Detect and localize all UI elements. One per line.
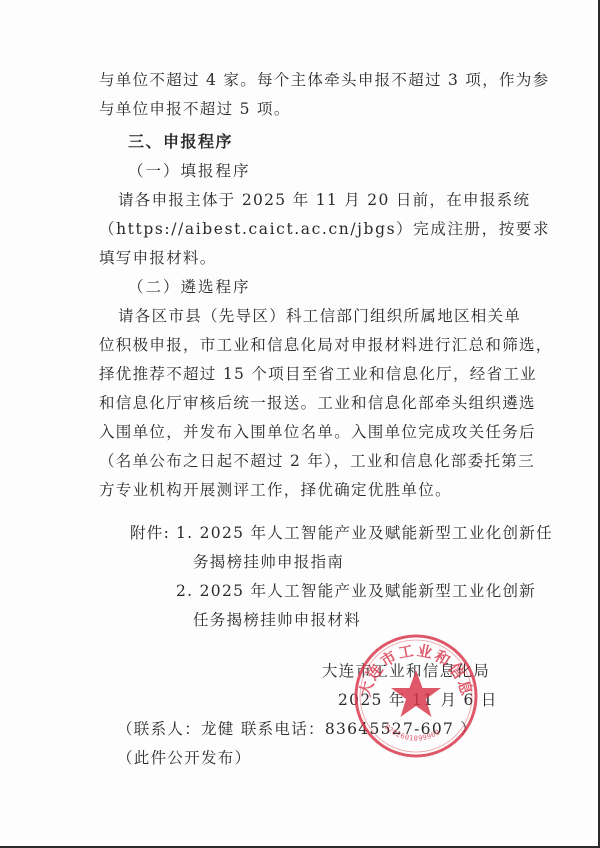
paragraph-line: 与单位申报不超过 5 项。 <box>99 99 291 119</box>
paragraph-line: 请各申报主体于 2025 年 11 月 20 日前，在申报系统 <box>118 190 530 210</box>
paragraph-line: 和信息化厅审核后统一报送。工业和信息化部牵头组织遴选 <box>99 393 536 413</box>
publication-note: （此件公开发布） <box>117 748 251 768</box>
paragraph-line: 位积极申报，市工业和信息化局对申报材料进行汇总和筛选， <box>99 335 553 355</box>
attachments-label: 附件: <box>130 523 170 543</box>
paragraph-line: 择优推荐不超过 15 个项目至省工业和信息化厅，经省工业 <box>99 364 537 384</box>
svg-text:0202601099960: 0202601099960 <box>383 723 442 743</box>
section-heading: 三、申报程序 <box>128 132 233 152</box>
subsection-title: （一）填报程序 <box>128 161 251 181</box>
paragraph-line: （https://aibest.caict.ac.cn/jbgs）完成注册，按要… <box>99 219 550 239</box>
attachment-item-2: 2. 2025 年人工智能产业及赋能新型工业化创新 <box>176 581 536 601</box>
official-seal-icon: 大连市工业和信息化局 0202601099960 <box>352 632 480 760</box>
paragraph-line: （名单公布之日起不超过 2 年），工业和信息化部委托第三 <box>99 451 535 471</box>
attachment-item-1: 1. 2025 年人工智能产业及赋能新型工业化创新任 <box>176 523 553 543</box>
paragraph-line: 请各区市县（先导区）科工信部门组织所属地区相关单 <box>118 306 521 326</box>
paragraph-line: 方专业机构开展测评工作，择优确定优胜单位。 <box>99 480 452 500</box>
subsection-title: （二）遴选程序 <box>128 277 251 297</box>
paragraph-line: 与单位不超过 4 家。每个主体牵头申报不超过 3 项，作为参 <box>99 70 549 90</box>
paragraph-line: 入围单位，并发布入围单位名单。入围单位完成攻关任务后 <box>99 422 536 442</box>
attachment-item-1-cont: 务揭榜挂帅申报指南 <box>193 552 344 572</box>
paragraph-line: 填写申报材料。 <box>99 248 217 268</box>
attachment-item-2-cont: 任务揭榜挂帅申报材料 <box>193 610 361 630</box>
seal-serial: 0202601099960 <box>383 723 442 743</box>
document-page: 与单位不超过 4 家。每个主体牵头申报不超过 3 项，作为参 与单位申报不超过 … <box>0 0 600 848</box>
